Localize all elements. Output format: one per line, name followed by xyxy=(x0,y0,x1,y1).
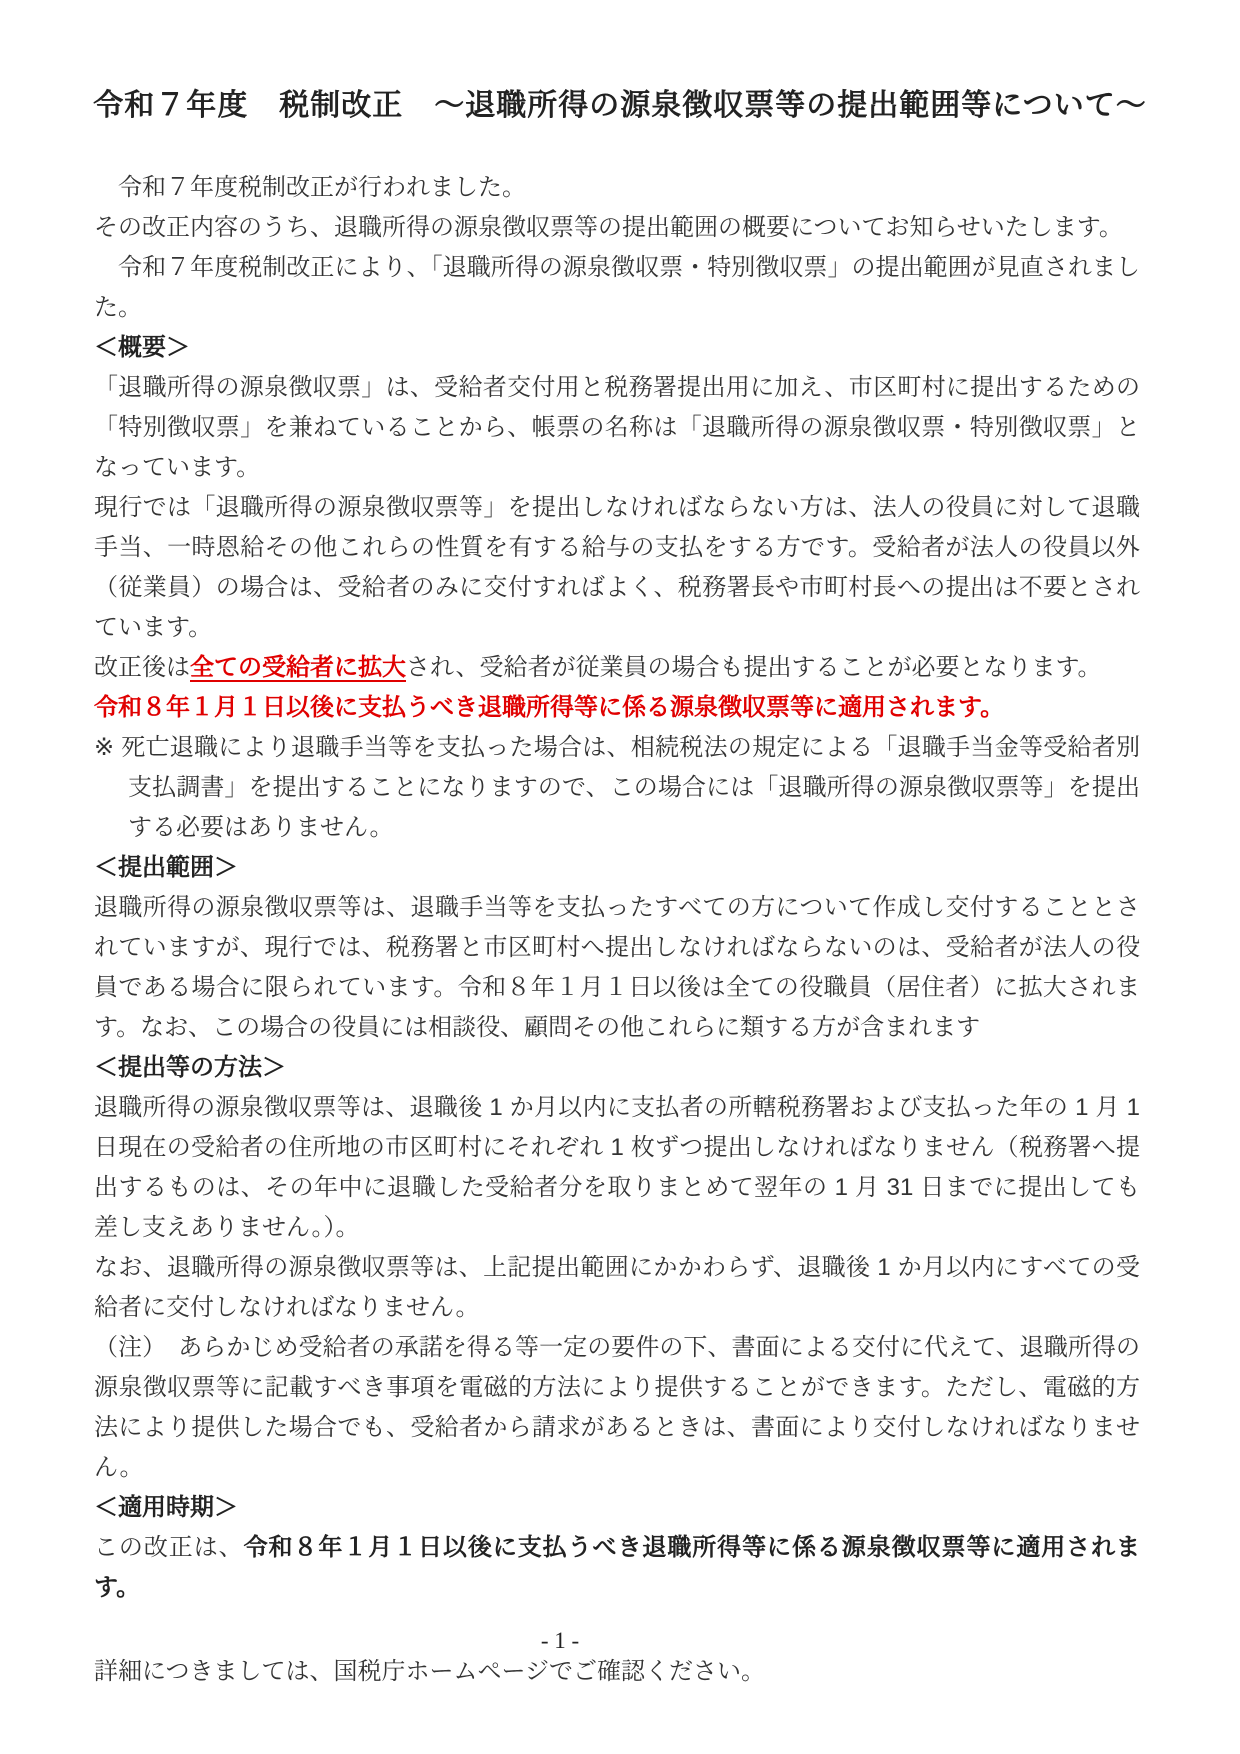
text-run: ＜適用時期＞ xyxy=(94,1494,238,1521)
details-reference-line: 詳細につきましては、国税庁ホームページでご確認ください。 xyxy=(94,1652,1140,1692)
section-heading-application-period: ＜適用時期＞ xyxy=(94,1488,1140,1528)
text-run: 「退職所得の源泉徴収票」は、受給者交付用と税務署提出用に加え、市区町村に提出する… xyxy=(94,374,1140,481)
intro-line-1: 令和７年度税制改正が行われました。 xyxy=(94,168,1140,208)
intro-line-3: 令和７年度税制改正により、「退職所得の源泉徴収票・特別徴収票」の提出範囲が見直さ… xyxy=(94,248,1140,328)
text-run: 詳細につきましては、国税庁ホームページでご確認ください。 xyxy=(94,1658,765,1685)
section-heading-submission-method: ＜提出等の方法＞ xyxy=(94,1048,1140,1088)
text-run: この改正は、 xyxy=(94,1534,244,1561)
text-run: なお、退職所得の源泉徴収票等は、上記提出範囲にかかわらず、退職後 1 か月以内に… xyxy=(94,1254,1140,1321)
application-period-paragraph: この改正は、令和８年１月１日以後に支払うべき退職所得等に係る源泉徴収票等に適用さ… xyxy=(94,1528,1140,1608)
text-run: その改正内容のうち、退職所得の源泉徴収票等の提出範囲の概要についてお知らせいたし… xyxy=(94,214,1123,241)
text-run: 退職所得の源泉徴収票等は、退職後 1 か月以内に支払者の所轄税務署および支払った… xyxy=(94,1094,1140,1241)
page-title: 令和７年度 税制改正 ～退職所得の源泉徴収票等の提出範囲等について～ xyxy=(0,0,1240,124)
document-body: 令和７年度税制改正が行われました。その改正内容のうち、退職所得の源泉徴収票等の提… xyxy=(0,124,1240,1692)
text-run: 改正後は xyxy=(94,654,190,681)
submission-method-paragraph-1: 退職所得の源泉徴収票等は、退職後 1 か月以内に支払者の所轄税務署および支払った… xyxy=(94,1088,1140,1248)
text-run-red-bold-underline: 全ての受給者に拡大 xyxy=(190,654,406,681)
text-run: （注） あらかじめ受給者の承諾を得る等一定の要件の下、書面による交付に代えて、退… xyxy=(94,1334,1140,1481)
overview-paragraph-2: 現行では「退職所得の源泉徴収票等」を提出しなければならない方は、法人の役員に対し… xyxy=(94,488,1140,648)
text-run-red-bold: 令和８年１月１日以後に支払うべき退職所得等に係る源泉徴収票等に適用されます。 xyxy=(94,694,1004,721)
text-run-bold: 令和８年１月１日以後に支払うべき退職所得等に係る源泉徴収票等に適用されます。 xyxy=(94,1534,1140,1601)
document-page: 令和７年度 税制改正 ～退職所得の源泉徴収票等の提出範囲等について～ 令和７年度… xyxy=(0,0,1240,1754)
submission-method-paragraph-2: なお、退職所得の源泉徴収票等は、上記提出範囲にかかわらず、退職後 1 か月以内に… xyxy=(94,1248,1140,1328)
text-run: ※ 死亡退職により退職手当等を支払った場合は、相続税法の規定による「退職手当金等… xyxy=(94,734,1140,841)
text-run: され、受給者が従業員の場合も提出することが必要となります。 xyxy=(406,654,1102,681)
submission-scope-paragraph: 退職所得の源泉徴収票等は、退職手当等を支払ったすべての方について作成し交付するこ… xyxy=(94,888,1140,1048)
revision-highlight: 改正後は全ての受給者に拡大され、受給者が従業員の場合も提出することが必要となりま… xyxy=(94,648,1140,688)
text-run: 令和７年度税制改正が行われました。 xyxy=(94,174,526,201)
text-run: ＜概要＞ xyxy=(94,334,190,361)
section-heading-overview: ＜概要＞ xyxy=(94,328,1140,368)
application-date-highlight: 令和８年１月１日以後に支払うべき退職所得等に係る源泉徴収票等に適用されます。 xyxy=(94,688,1140,728)
text-run: ＜提出範囲＞ xyxy=(94,854,238,881)
death-retirement-note: ※ 死亡退職により退職手当等を支払った場合は、相続税法の規定による「退職手当金等… xyxy=(94,728,1140,848)
section-heading-submission-scope: ＜提出範囲＞ xyxy=(94,848,1140,888)
text-run: ＜提出等の方法＞ xyxy=(94,1054,286,1081)
overview-paragraph-1: 「退職所得の源泉徴収票」は、受給者交付用と税務署提出用に加え、市区町村に提出する… xyxy=(94,368,1140,488)
text-run: 現行では「退職所得の源泉徴収票等」を提出しなければならない方は、法人の役員に対し… xyxy=(94,494,1140,641)
text-run: 退職所得の源泉徴収票等は、退職手当等を支払ったすべての方について作成し交付するこ… xyxy=(94,894,1140,1041)
electronic-delivery-note: （注） あらかじめ受給者の承諾を得る等一定の要件の下、書面による交付に代えて、退… xyxy=(94,1328,1140,1488)
text-run: 令和７年度税制改正により、「退職所得の源泉徴収票・特別徴収票」の提出範囲が見直さ… xyxy=(94,254,1140,321)
intro-line-2: その改正内容のうち、退職所得の源泉徴収票等の提出範囲の概要についてお知らせいたし… xyxy=(94,208,1140,248)
page-number: - 1 - xyxy=(0,1628,1120,1654)
